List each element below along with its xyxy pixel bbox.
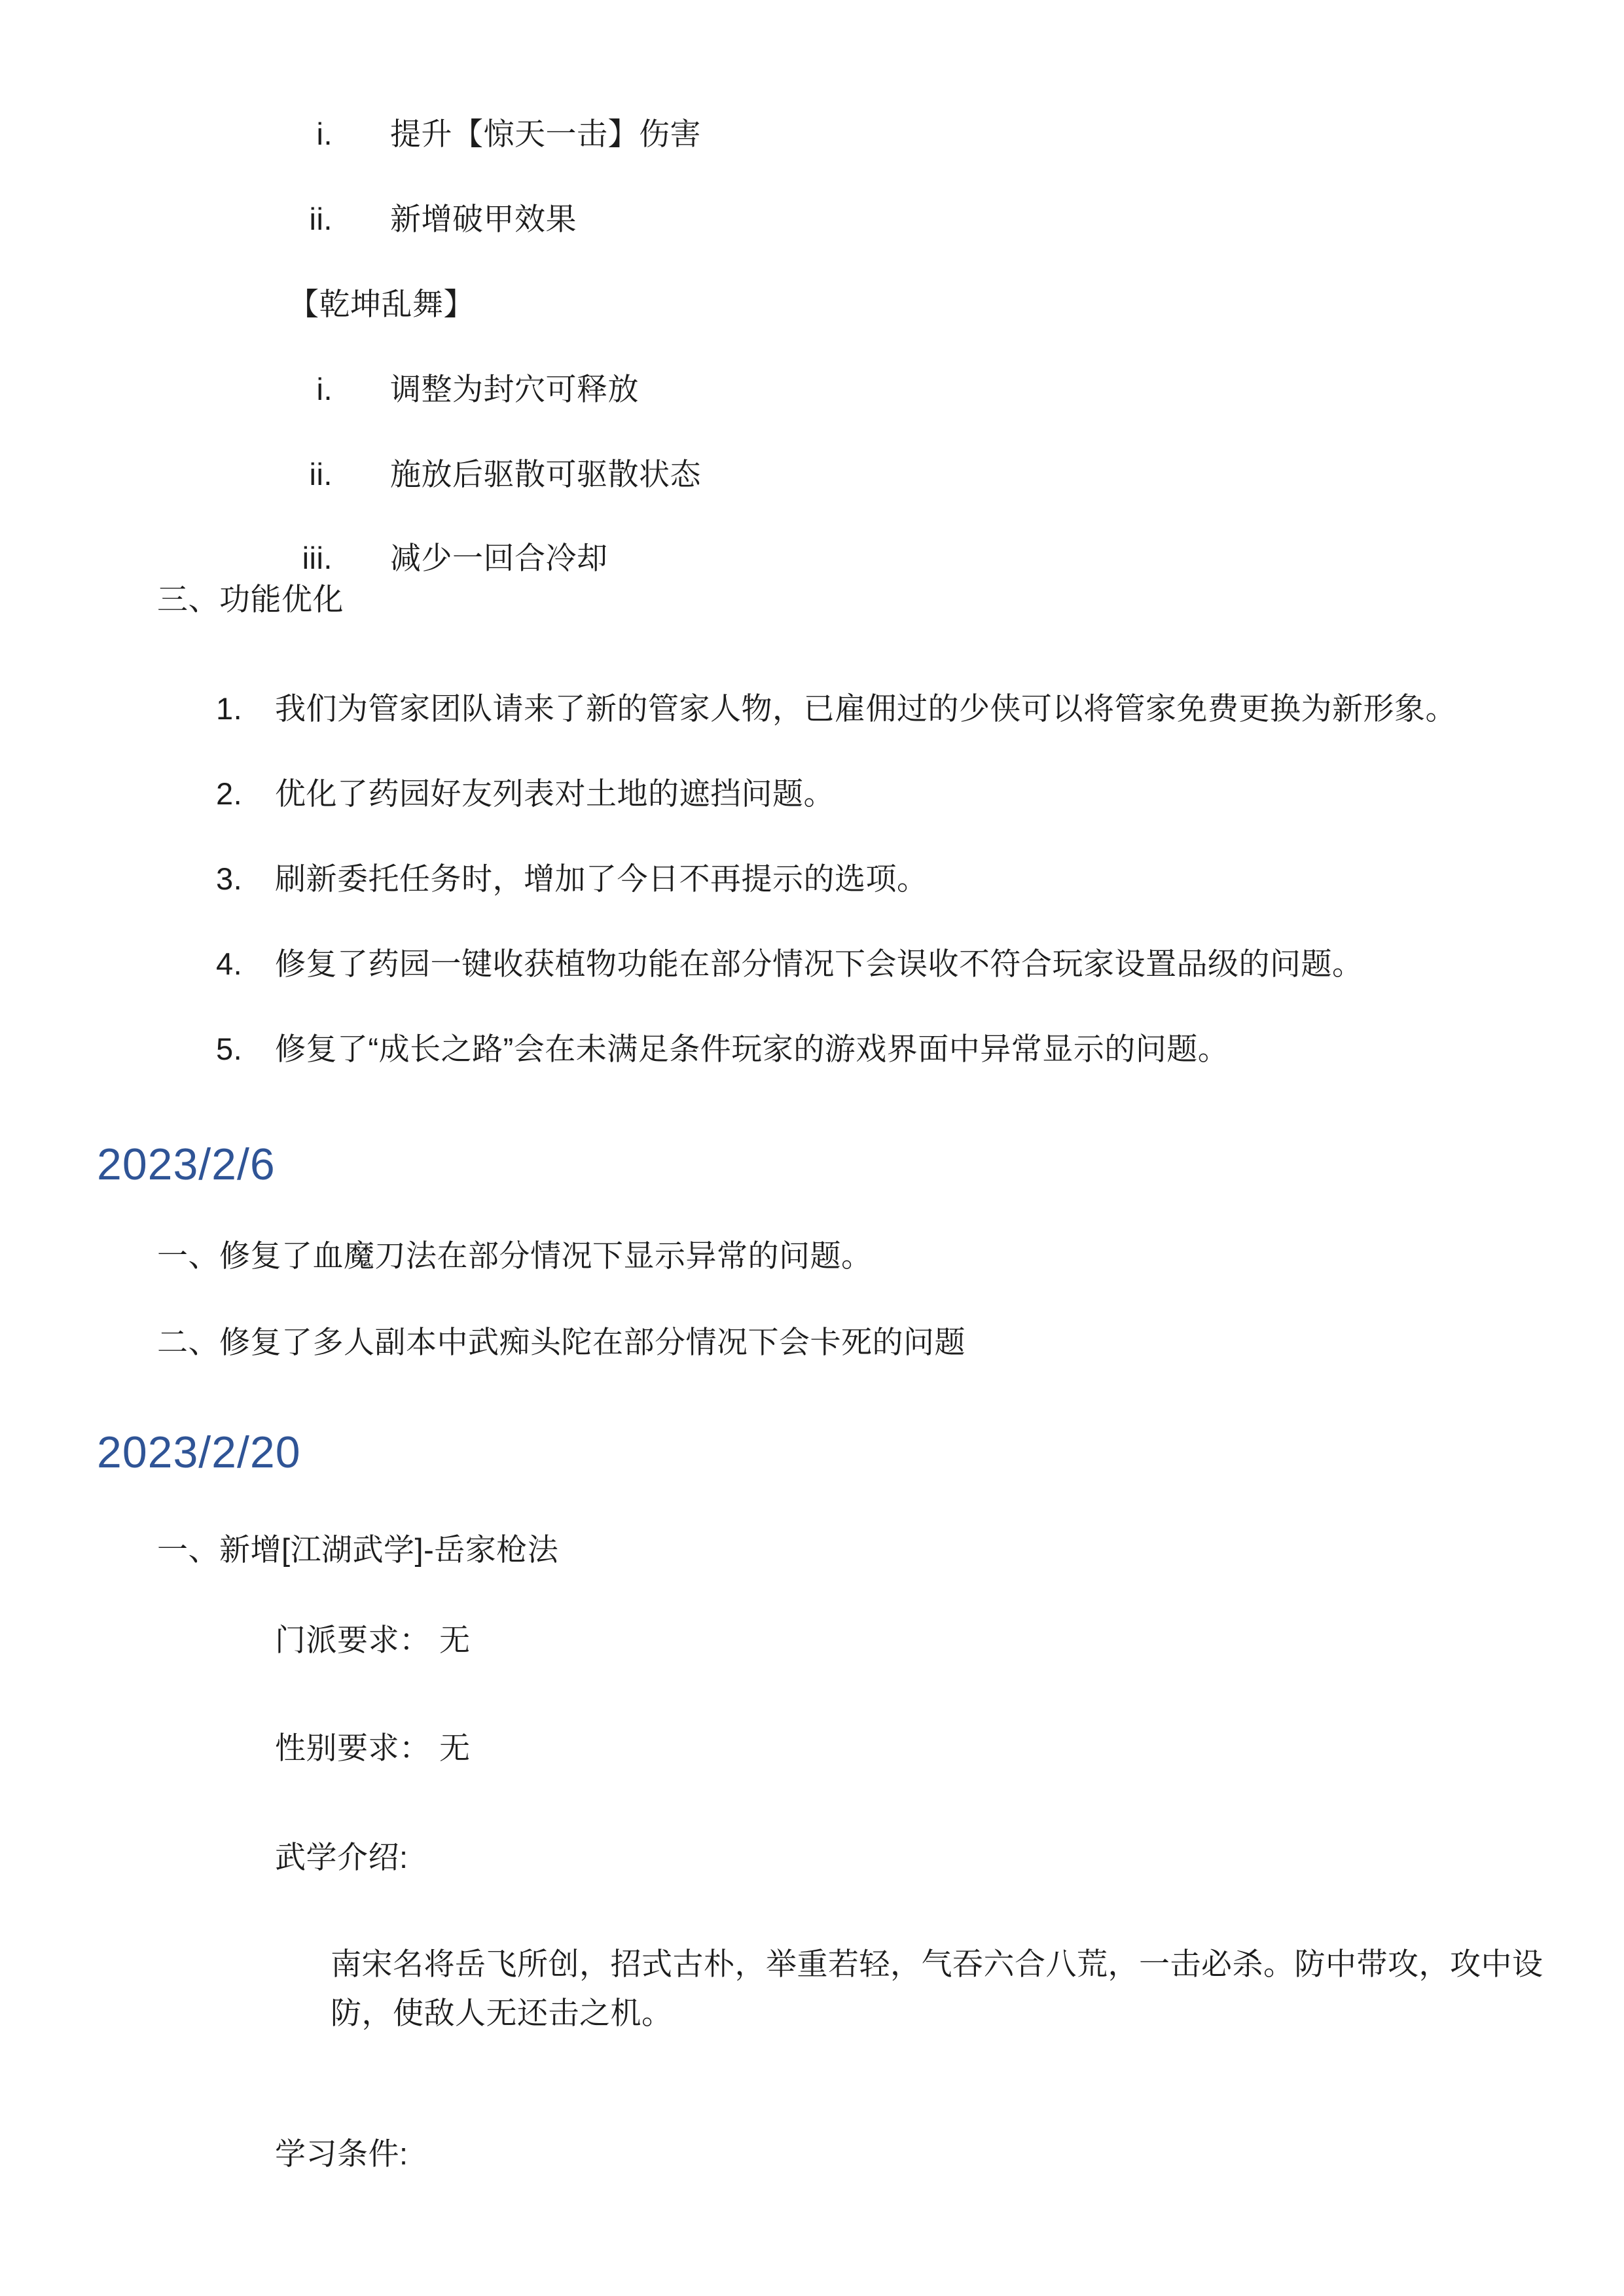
roman-list-marker: i. [275, 370, 333, 409]
numbered-list-item: 1. 我们为管家团队请来了新的管家人物，已雇佣过的少侠可以将管家免费更换为新形象… [216, 690, 1456, 728]
roman-list-item: ii. 新增破甲效果 [275, 200, 577, 239]
learn-condition-label: 学习条件: [275, 2135, 408, 2174]
numbered-list-marker: 5. [216, 1030, 275, 1069]
roman-list-item-text: 施放后驱散可驱散状态 [390, 456, 701, 494]
section-item: 二、修复了多人副本中武痴头陀在部分情况下会卡死的问题 [157, 1323, 965, 1362]
numbered-list-marker: 4. [216, 945, 275, 984]
roman-list-marker: ii. [275, 200, 333, 239]
roman-list-item: ii. 施放后驱散可驱散状态 [275, 456, 701, 494]
date-heading-feb20: 2023/2/20 [97, 1427, 301, 1478]
numbered-list-item-text: 修复了药园一键收获植物功能在部分情况下会误收不符合玩家设置品级的问题。 [275, 945, 1363, 984]
skill-intro-paragraph-line: 防，使敌人无还击之机。 [331, 1994, 673, 2033]
roman-list-marker: iii. [275, 539, 333, 578]
numbered-list-item: 4. 修复了药园一键收获植物功能在部分情况下会误收不符合玩家设置品级的问题。 [216, 945, 1363, 984]
roman-list-item: iii. 减少一回合冷却 [275, 539, 608, 578]
roman-list-item-text: 减少一回合冷却 [390, 539, 608, 578]
numbered-list-marker: 3. [216, 860, 275, 899]
roman-list-item-text: 调整为封穴可释放 [390, 370, 639, 409]
numbered-list-item-text: 我们为管家团队请来了新的管家人物，已雇佣过的少侠可以将管家免费更换为新形象。 [275, 690, 1456, 728]
roman-list-item: i. 调整为封穴可释放 [275, 370, 639, 409]
skill-intro-paragraph-line: 南宋名将岳飞所创，招式古朴，举重若轻，气吞六合八荒，一击必杀。防中带攻，攻中设 [331, 1945, 1543, 1984]
roman-list-item-text: 新增破甲效果 [390, 200, 577, 239]
numbered-list-marker: 2. [216, 775, 275, 814]
roman-list-marker: i. [275, 115, 333, 154]
skill-intro-label: 武学介绍: [275, 1839, 408, 1877]
date-heading-feb6: 2023/2/6 [97, 1139, 276, 1190]
roman-list-marker: ii. [275, 456, 333, 494]
numbered-list-item: 3. 刷新委托任务时，增加了今日不再提示的选项。 [216, 860, 928, 899]
numbered-list-item-text: 修复了“成长之路”会在未满足条件玩家的游戏界面中异常显示的问题。 [275, 1030, 1229, 1069]
school-requirement-line: 门派要求： 无 [275, 1621, 471, 1660]
numbered-list-item: 5. 修复了“成长之路”会在未满足条件玩家的游戏界面中异常显示的问题。 [216, 1030, 1229, 1069]
section-item-heading: 三、功能优化 [157, 581, 344, 619]
document-page: i. 提升【惊天一击】伤害 ii. 新增破甲效果 【乾坤乱舞】 i. 调整为封穴… [0, 0, 1624, 2296]
skill-name-subheading: 【乾坤乱舞】 [288, 285, 475, 324]
numbered-list-marker: 1. [216, 690, 275, 728]
section-item: 一、新增[江湖武学]-岳家枪法 [157, 1531, 558, 1570]
roman-list-item-text: 提升【惊天一击】伤害 [390, 115, 701, 154]
roman-list-item: i. 提升【惊天一击】伤害 [275, 115, 701, 154]
numbered-list-item-text: 刷新委托任务时，增加了今日不再提示的选项。 [275, 860, 928, 899]
numbered-list-item-text: 优化了药园好友列表对土地的遮挡问题。 [275, 775, 835, 814]
section-item: 一、修复了血魔刀法在部分情况下显示异常的问题。 [157, 1237, 873, 1276]
gender-requirement-line: 性别要求： 无 [275, 1729, 471, 1768]
numbered-list-item: 2. 优化了药园好友列表对土地的遮挡问题。 [216, 775, 835, 814]
